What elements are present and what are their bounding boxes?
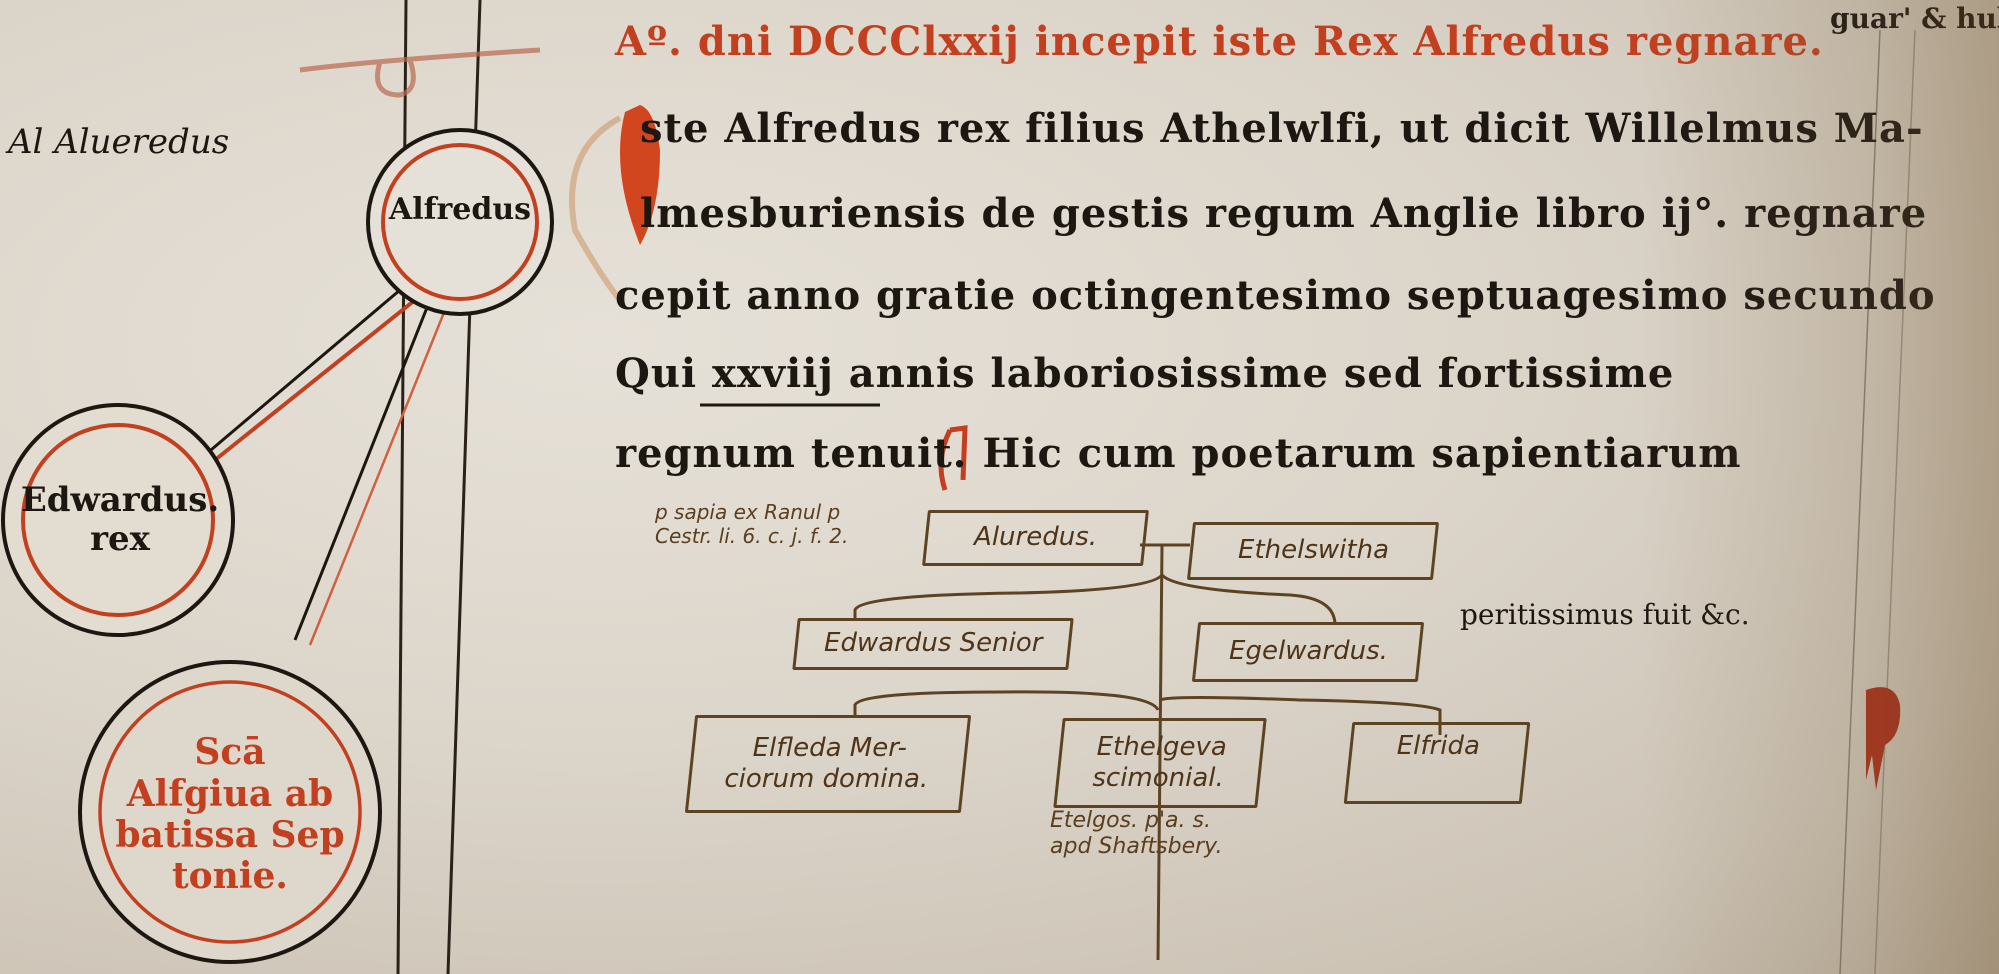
main-text-line-1: ste Alfredus rex filius Athelwlfi, ut di… [640,105,1924,152]
tree-node-ethelgeva: Ethelgeva scimonial. [1053,718,1266,808]
tree-node-ethelswitha: Ethelswitha [1187,522,1439,580]
top-right-fragment: guar' & hubb [1830,2,1999,35]
aelfgifu-line-4: tonie. [172,856,288,897]
genealogy-right-note: peritissimus fuit &c. [1460,598,1750,631]
main-text-line-5: regnum tenuit. Hic cum poetarum sapienti… [615,430,1742,477]
genealogy-under-note: Etelgos. p'a. s. apd Shaftsbery. [1050,808,1222,861]
tree-node-egelwardus: Egelwardus. [1192,622,1424,682]
side-note-line-1: p sapia ex Ranul p [655,500,848,524]
roundel-label-alfred: Alfredus [380,180,540,240]
side-note-line-2: Cestr. li. 6. c. j. f. 2. [655,524,848,548]
under-note-line-2: apd Shaftsbery. [1050,834,1222,860]
tree-node-aluredus: Aluredus. [922,510,1149,566]
roundel-label-edward: Edwardus. rex [30,470,210,570]
tree-node-elfrida: Elfrida [1344,722,1531,804]
margin-ruling [1840,30,1880,974]
under-note-line-1: Etelgos. p'a. s. [1050,808,1222,834]
red-flourish [300,50,540,95]
margin-note: Al Alueredus [8,122,229,162]
aelfgifu-line-3: batissa Sep [115,815,344,856]
aelfgifu-line-1: Scā [194,732,265,773]
tree-node-elfleda: Elfleda Mer- ciorum domina. [685,715,971,813]
main-text-line-4: Qui xxviij annis laboriosissime sed fort… [615,350,1674,397]
genealogy-side-note: p sapia ex Ranul p Cestr. li. 6. c. j. f… [655,500,848,548]
main-text-line-3: cepit anno gratie octingentesimo septuag… [615,272,1936,319]
roundel-label-aelfgifu: Scā Alfgiua ab batissa Sep tonie. [110,670,350,960]
tree-node-edwardus-senior: Edwardus Senior [792,618,1073,670]
manuscript-page: guar' & hubb Aº. dni DCCClxxij incepit i… [0,0,1999,974]
aelfgifu-line-2: Alfgiua ab [127,774,333,815]
rubric-heading: Aº. dni DCCClxxij incepit iste Rex Alfre… [615,18,1824,65]
margin-ruling-2 [1875,30,1915,974]
main-text-line-2: lmesburiensis de gestis regum Anglie lib… [640,190,1927,237]
